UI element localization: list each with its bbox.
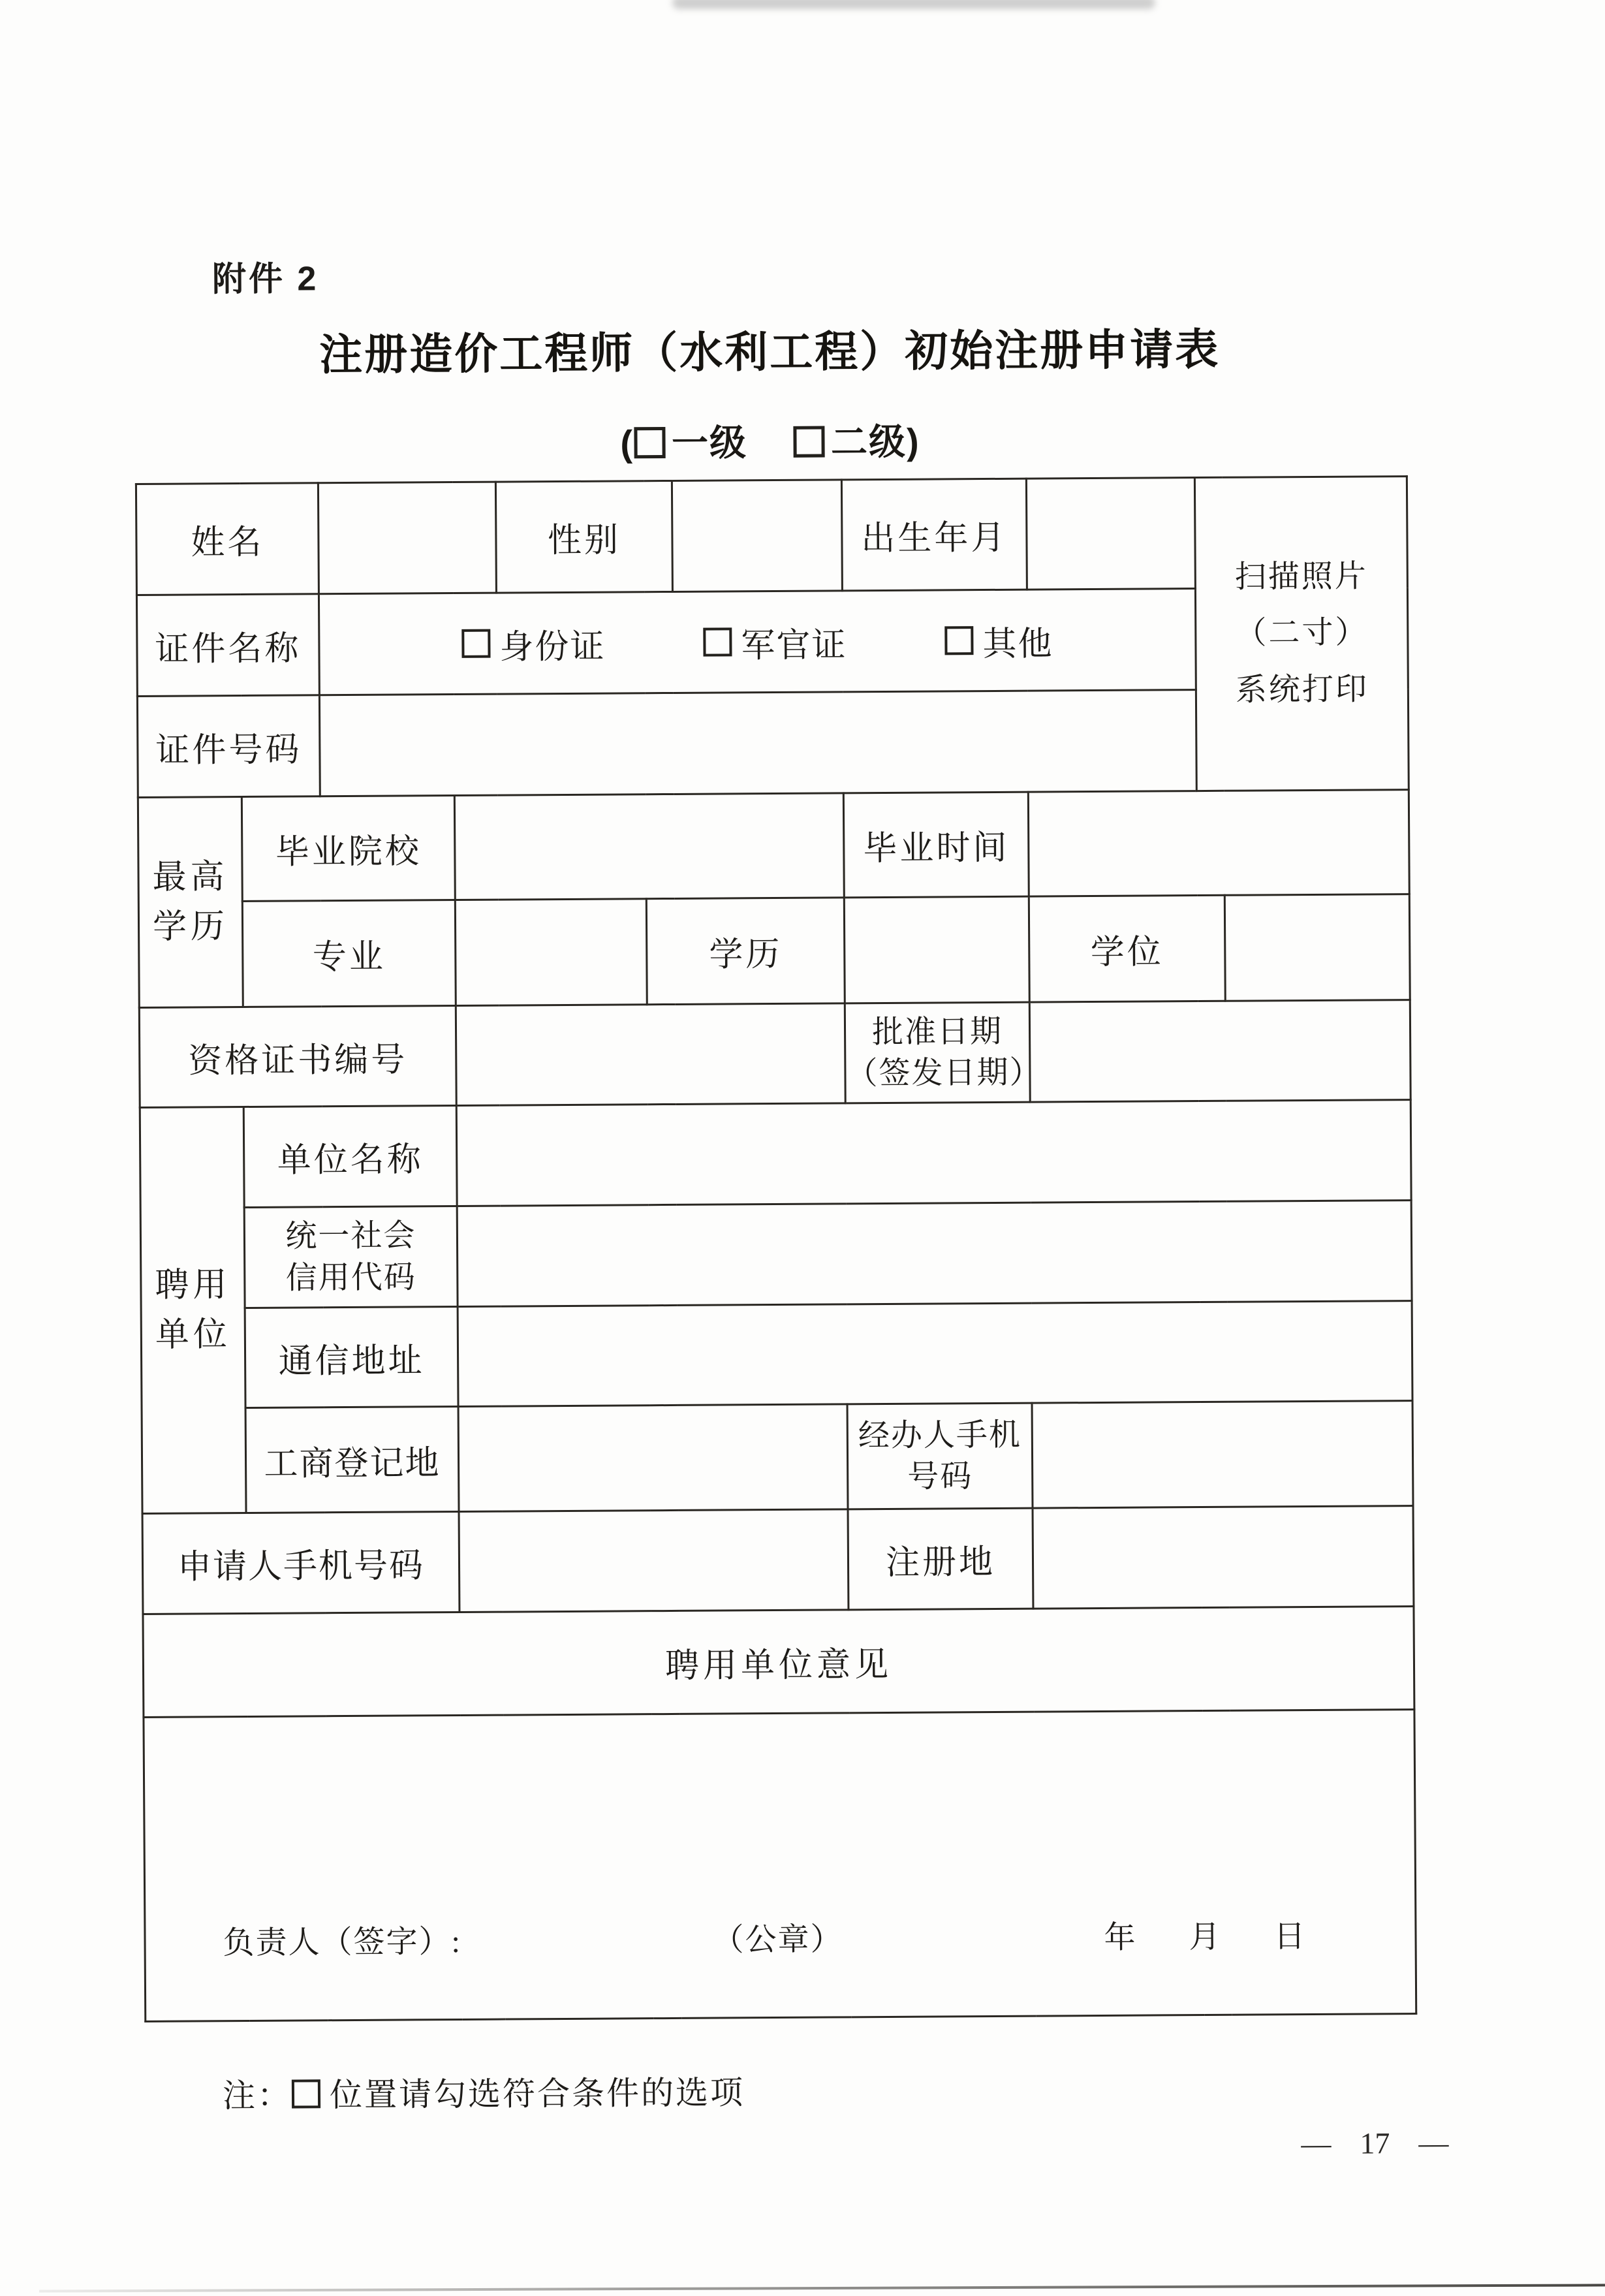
row-name: 姓名 性别 出生年月 扫描照片 （二寸） 系统打印 — [136, 477, 1407, 595]
date-labels: 年 月 日 — [1104, 1911, 1305, 1957]
level1-label: 一级 — [672, 422, 747, 464]
education-label: 学历 — [646, 898, 845, 1005]
highest-education-line2: 学历 — [140, 902, 242, 952]
major-label: 专业 — [242, 900, 456, 1007]
employer-opinion-label: 聘用单位意见 — [143, 1607, 1414, 1718]
approval-date-value-cell — [1029, 1000, 1410, 1103]
photo-note-line2: （二寸） — [1196, 605, 1407, 662]
signer-label: 负责人（签字）: — [223, 1916, 461, 1962]
footnote: 注：位置请勾选符合条件的选项 — [223, 2066, 745, 2116]
major-value-cell — [455, 899, 647, 1006]
cert-number-label: 证件号码 — [137, 695, 320, 798]
footnote-text: 位置请勾选符合条件的选项 — [330, 2074, 745, 2113]
approval-date-line1: 批准日期 — [846, 1011, 1029, 1053]
row-major: 专业 学历 学位 — [138, 894, 1410, 1008]
subtitle-open-paren: ( — [620, 422, 634, 464]
gender-label: 性别 — [495, 480, 672, 593]
application-form: 姓名 性别 出生年月 扫描照片 （二寸） 系统打印 证件名称 — [135, 475, 1417, 2022]
photo-box: 扫描照片 （二寸） 系统打印 — [1194, 477, 1409, 791]
credit-code-line2: 信用代码 — [245, 1256, 456, 1298]
birth-label: 出生年月 — [841, 479, 1027, 591]
grad-school-value-cell — [454, 793, 844, 900]
birth-value-cell — [1026, 478, 1195, 590]
row-biz-reg: 工商登记地 经办人手机 号码 — [142, 1401, 1413, 1514]
row-grad-school: 最高 学历 毕业院校 毕业时间 — [138, 790, 1409, 902]
photo-note-line3: 系统打印 — [1197, 661, 1408, 719]
scanned-page: 附件 2 注册造价工程师（水利工程）初始注册申请表 (一级二级) 姓名 性别 出… — [0, 0, 1605, 2296]
reg-place-label: 注册地 — [848, 1508, 1033, 1610]
level1-checkbox — [634, 427, 665, 458]
biz-reg-value-cell — [458, 1404, 848, 1512]
education-value-cell — [844, 896, 1029, 1003]
cert-number-value-cell — [319, 690, 1196, 796]
approval-date-label: 批准日期 （签发日期） — [845, 1002, 1030, 1103]
applicant-phone-label: 申请人手机号码 — [142, 1511, 460, 1614]
idcard-checkbox — [461, 629, 490, 658]
degree-value-cell — [1224, 894, 1410, 1001]
page-title: 注册造价工程师（水利工程）初始注册申请表 — [134, 313, 1405, 383]
military-option: 军官证 — [703, 617, 847, 667]
seal-label: （公章） — [712, 1913, 843, 1959]
military-label: 军官证 — [741, 617, 847, 667]
qual-cert-value-cell — [456, 1003, 845, 1106]
month-label: 月 — [1189, 1911, 1220, 1957]
credit-code-value-cell — [457, 1201, 1412, 1307]
approval-date-line2: （签发日期） — [846, 1052, 1029, 1095]
grad-time-value-cell — [1028, 790, 1409, 897]
level2-checkbox — [793, 426, 824, 458]
other-option: 其他 — [944, 616, 1053, 665]
highest-education-line1: 最高 — [139, 853, 241, 902]
gender-value-cell — [672, 480, 842, 592]
application-form-table: 姓名 性别 出生年月 扫描照片 （二寸） 系统打印 证件名称 — [135, 475, 1417, 2022]
day-label: 日 — [1273, 1911, 1305, 1956]
agent-phone-line2: 号码 — [849, 1456, 1031, 1498]
reg-place-value-cell — [1033, 1506, 1414, 1609]
biz-reg-label: 工商登记地 — [245, 1406, 459, 1513]
other-label: 其他 — [982, 616, 1053, 665]
cert-options-cell: 身份证 军官证 其他 — [319, 589, 1196, 695]
grad-time-label: 毕业时间 — [843, 792, 1029, 898]
degree-label: 学位 — [1029, 895, 1225, 1002]
military-checkbox — [703, 627, 732, 656]
row-applicant-phone: 申请人手机号码 注册地 — [142, 1506, 1414, 1614]
mail-addr-value-cell — [458, 1301, 1412, 1407]
applicant-phone-value-cell — [459, 1509, 849, 1612]
subtitle-close-paren: ) — [907, 421, 920, 462]
year-label: 年 — [1104, 1912, 1135, 1957]
photo-note-line1: 扫描照片 — [1196, 548, 1407, 606]
agent-phone-value-cell — [1032, 1401, 1413, 1509]
agent-phone-label: 经办人手机 号码 — [847, 1403, 1033, 1509]
name-label: 姓名 — [136, 483, 319, 595]
idcard-option: 身份证 — [461, 618, 605, 668]
row-signature: 负责人（签字）: （公章） 年 月 日 — [144, 1710, 1416, 2022]
row-credit-code: 统一社会 信用代码 — [140, 1201, 1412, 1309]
employer-label: 聘用 单位 — [140, 1107, 246, 1513]
name-value-cell — [318, 482, 496, 594]
credit-code-label: 统一社会 信用代码 — [244, 1206, 458, 1308]
row-qual-cert: 资格证书编号 批准日期 （签发日期） — [139, 1000, 1410, 1108]
credit-code-line1: 统一社会 — [245, 1215, 456, 1257]
qual-cert-label: 资格证书编号 — [139, 1005, 456, 1107]
agent-phone-line1: 经办人手机 — [849, 1414, 1031, 1456]
page-content: 附件 2 注册造价工程师（水利工程）初始注册申请表 (一级二级) 姓名 性别 出… — [0, 0, 1605, 2296]
signature-area: 负责人（签字）: （公章） 年 月 日 — [144, 1710, 1416, 2022]
page-number: — 17 — — [1301, 2126, 1448, 2161]
row-mail-addr: 通信地址 — [141, 1301, 1412, 1409]
page-number-dash-left: — — [1301, 2126, 1331, 2161]
row-company-name: 聘用 单位 单位名称 — [140, 1100, 1411, 1208]
highest-education-label: 最高 学历 — [138, 796, 243, 1007]
attachment-label: 附件 2 — [212, 251, 319, 300]
other-checkbox — [944, 626, 973, 655]
company-name-value-cell — [456, 1100, 1411, 1206]
grad-school-label: 毕业院校 — [242, 796, 455, 902]
employer-line1: 聘用 — [142, 1261, 243, 1310]
mail-addr-label: 通信地址 — [245, 1306, 458, 1407]
company-name-label: 单位名称 — [243, 1105, 457, 1207]
employer-line2: 单位 — [142, 1310, 244, 1359]
idcard-label: 身份证 — [499, 618, 605, 668]
level2-label: 二级 — [831, 421, 907, 463]
footnote-prefix: 注： — [223, 2077, 292, 2115]
page-number-dash-right: — — [1418, 2126, 1448, 2160]
page-number-value: 17 — [1360, 2126, 1390, 2160]
cert-name-label: 证件名称 — [136, 594, 319, 697]
footnote-checkbox — [292, 2079, 320, 2108]
cert-options: 身份证 军官证 其他 — [320, 615, 1194, 669]
level-select-line: (一级二级) — [134, 410, 1405, 470]
row-opinion-header: 聘用单位意见 — [143, 1607, 1414, 1718]
